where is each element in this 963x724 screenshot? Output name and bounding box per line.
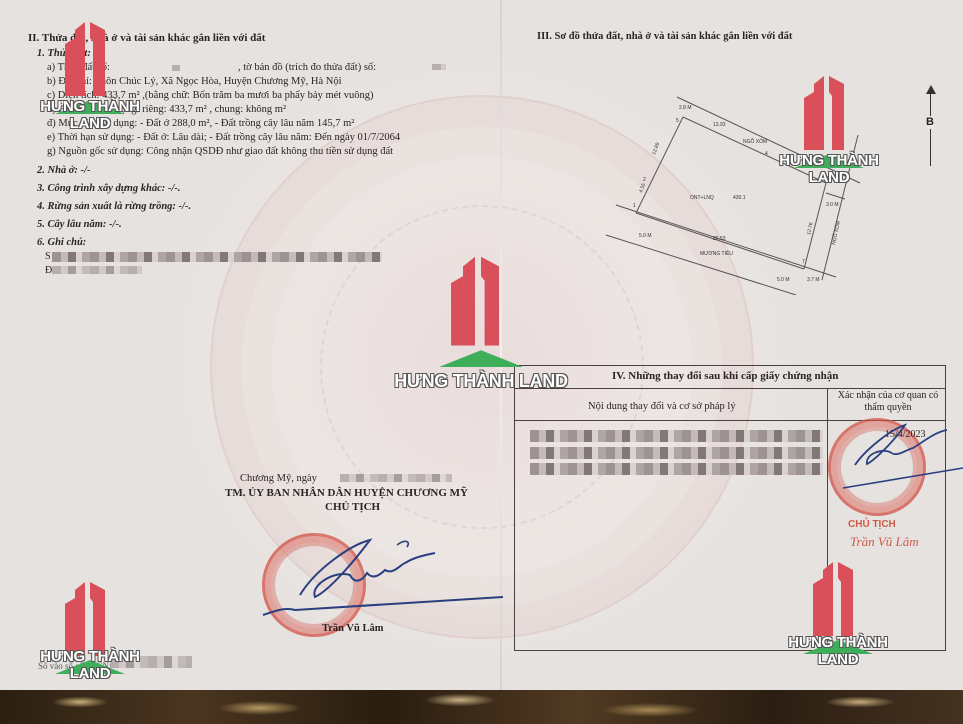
dim-canal-right: 5.0 M bbox=[777, 277, 790, 283]
table-divider bbox=[514, 388, 945, 389]
redacted-change-line-1 bbox=[530, 430, 823, 442]
watermark-logo-bottom-left: HƯNG THÀNH LAND bbox=[30, 578, 150, 674]
redacted-note-line-2 bbox=[52, 266, 142, 274]
item6-notes: 6. Ghi chú: bbox=[37, 236, 86, 249]
point-7: 7 bbox=[802, 259, 805, 265]
north-label: B bbox=[926, 116, 934, 129]
marble-table-background bbox=[0, 690, 963, 724]
redacted-change-line-2 bbox=[530, 447, 823, 459]
watermark-logo-top-left: HƯNG THÀNH LAND bbox=[30, 18, 150, 114]
changes-title: IV. Những thay đổi sau khi cấp giấy chứn… bbox=[612, 370, 838, 383]
canal-label: MƯƠNG TIÊU bbox=[700, 249, 733, 257]
confirmation-position: CHỦ TỊCH bbox=[848, 518, 896, 531]
north-arrow-head-icon bbox=[926, 85, 936, 94]
authority-position: CHỦ TỊCH bbox=[325, 501, 380, 514]
item2-house: 2. Nhà ở: -/- bbox=[37, 164, 90, 177]
usage-term-line: e) Thời hạn sử dụng: - Đất ở: Lâu dài; -… bbox=[47, 131, 400, 144]
redacted-map-sheet bbox=[432, 64, 446, 70]
point-5: 5 bbox=[676, 118, 679, 124]
item4-planted-forest: 4. Rừng sản xuất là rừng trồng: -/-. bbox=[37, 200, 191, 213]
redacted-parcel-number bbox=[172, 65, 180, 71]
dim-top: 13.93 bbox=[713, 122, 726, 128]
authority-title: TM. ỦY BAN NHÂN DÂN HUYỆN CHƯƠNG MỸ bbox=[225, 487, 468, 500]
dim-bottom: 26.53 bbox=[713, 236, 726, 242]
dim-top-left: 2.8 M bbox=[679, 105, 692, 111]
note-prefix-s: S bbox=[45, 250, 51, 263]
road-top-label: NGÕ XÓM bbox=[743, 138, 767, 145]
dim-right-road: 3.0 M bbox=[826, 202, 839, 208]
section-iii-title: III. Sơ đồ thửa đất, nhà ở và tài sản kh… bbox=[537, 30, 792, 43]
item3-other-construction: 3. Công trình xây dựng khác: -/-. bbox=[37, 182, 180, 195]
point-2: 2 bbox=[643, 177, 646, 183]
ht-logo-icon bbox=[406, 252, 556, 367]
land-code: ONT+LNQ bbox=[690, 195, 714, 201]
changes-col-content: Nội dung thay đổi và cơ sở pháp lý bbox=[588, 400, 736, 413]
watermark-logo-top-right: HƯNG THÀNH LAND bbox=[769, 72, 889, 168]
confirmation-signer: Trần Vũ Lâm bbox=[850, 535, 919, 548]
item5-perennial-trees: 5. Cây lâu năm: -/-. bbox=[37, 218, 122, 231]
usage-origin-line: g) Nguồn gốc sử dụng: Công nhận QSDĐ như… bbox=[47, 145, 393, 158]
signing-place-date: Chương Mỹ, ngày bbox=[240, 472, 317, 485]
watermark-logo-center: HƯNG THÀNH LAND bbox=[406, 252, 556, 372]
redacted-note-line-1 bbox=[52, 252, 382, 262]
road-right-label: NGÕ XÓM bbox=[830, 220, 842, 245]
dim-bottom-right: 3.7 M bbox=[807, 277, 820, 283]
redacted-signing-date bbox=[340, 474, 452, 482]
parcel-area: 430.1 bbox=[733, 195, 746, 201]
point-1: 1 bbox=[633, 203, 636, 209]
changes-col-confirmation: Xác nhận của cơ quan có thẩm quyền bbox=[833, 390, 943, 414]
map-sheet-label: , tờ bản đồ (trích đo thửa đất) số: bbox=[238, 61, 376, 74]
signer-name: Trần Vũ Lâm bbox=[322, 622, 383, 635]
confirmation-signature bbox=[835, 420, 963, 490]
watermark-logo-bottom-right: HƯNG THÀNH LAND bbox=[778, 558, 898, 654]
dim-canal-left: 5.0 M bbox=[639, 233, 652, 239]
signature bbox=[255, 535, 515, 625]
dim-left: 12.89 bbox=[651, 142, 661, 156]
point-4: 4 bbox=[765, 151, 768, 157]
redacted-change-line-3 bbox=[530, 463, 823, 475]
